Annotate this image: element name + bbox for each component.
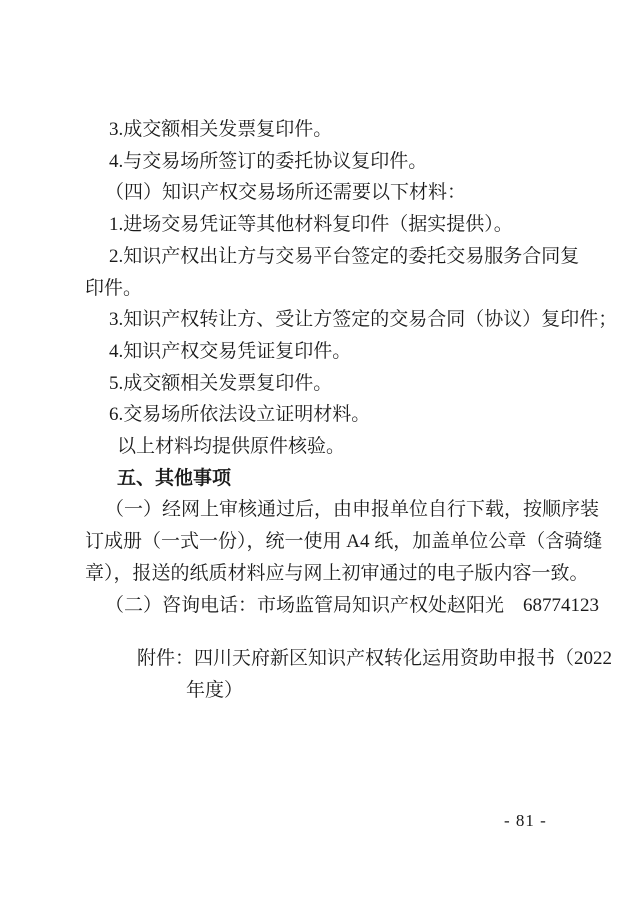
- list-item-service-contract: 2.知识产权出让方与交易平台签定的委托交易服务合同复: [85, 241, 585, 273]
- list-item-invoice-copy: 3.成交额相关发票复印件。: [85, 114, 585, 146]
- list-item-venue-establishment: 6.交易场所依法设立证明材料。: [85, 399, 585, 431]
- list-item-trade-contract: 3.知识产权转让方、受让方签定的交易合同（协议）复印件；: [85, 304, 585, 336]
- document-body: 3.成交额相关发票复印件。 4.与交易场所签订的委托协议复印件。 （四）知识产权…: [85, 114, 585, 707]
- para-binding-instructions-line3: 章），报送的纸质材料应与网上初审通过的电子版内容一致。: [85, 558, 585, 590]
- note-original-verification: 以上材料均提供原件核验。: [85, 431, 585, 463]
- subsection-heading-trading-venue: （四）知识产权交易场所还需要以下材料：: [85, 177, 585, 209]
- list-item-invoice-copy-2: 5.成交额相关发票复印件。: [85, 368, 585, 400]
- para-binding-instructions-line1: （一）经网上审核通过后，由申报单位自行下载，按顺序装: [85, 494, 585, 526]
- list-item-trade-voucher: 4.知识产权交易凭证复印件。: [85, 336, 585, 368]
- list-item-entrust-agreement: 4.与交易场所签订的委托协议复印件。: [85, 146, 585, 178]
- attachment-line-1: 附件：四川天府新区知识产权转化运用资助申报书（2022: [85, 643, 585, 675]
- list-item-entry-voucher: 1.进场交易凭证等其他材料复印件（据实提供）。: [85, 209, 585, 241]
- para-consult-phone: （二）咨询电话：市场监管局知识产权处赵阳光 68774123: [85, 590, 585, 622]
- attachment-line-2: 年度）: [85, 675, 585, 707]
- para-binding-instructions-line2: 订成册（一式一份），统一使用 A4 纸，加盖单位公章（含骑缝: [85, 526, 585, 558]
- page-number: - 81 -: [504, 811, 547, 831]
- document-page: 3.成交额相关发票复印件。 4.与交易场所签订的委托协议复印件。 （四）知识产权…: [0, 0, 636, 900]
- section-heading-other-matters: 五、其他事项: [85, 463, 585, 495]
- list-item-service-contract-cont: 印件。: [85, 273, 585, 305]
